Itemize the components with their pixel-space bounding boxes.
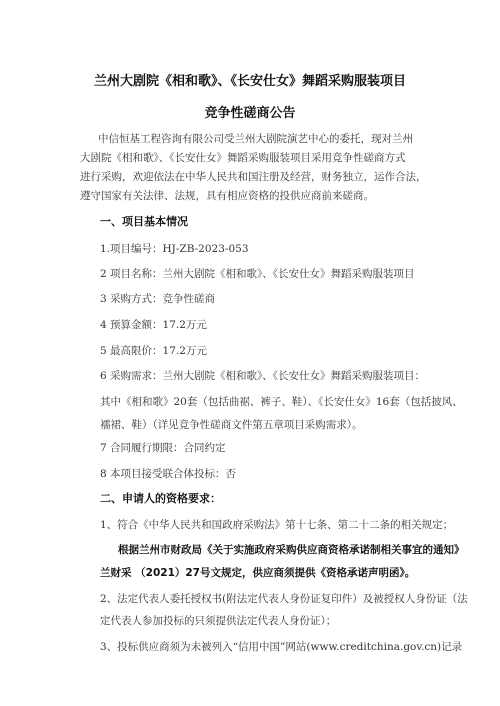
intro-paragraph-line: 进行采购，欢迎依法在中华人民共和国注册及经营，财务独立，运作合法， bbox=[80, 170, 427, 184]
demand-detail-line: 其中《相和歌》20套（包括曲裾、裤子、鞋）、《长安仕女》16套（包括披风、 bbox=[100, 395, 463, 409]
qualification-notice: 兰财采 （2021）27号文规定，供应商须提供《资格承诺声明函》。 bbox=[100, 566, 415, 580]
project-item: 5 最高限价：17.2万元 bbox=[100, 344, 207, 358]
section-heading-project-info: 一、项目基本情况 bbox=[100, 215, 188, 229]
qualification-item: 3、投标供应商须为未被列入“信用中国”网站(www.creditchina.go… bbox=[100, 640, 462, 654]
project-item: 1.项目编号：HJ-ZB-2023-053 bbox=[100, 242, 249, 256]
project-item: 6 采购需求：兰州大剧院《相和歌》、《长安仕女》舞蹈采购服装项目： bbox=[100, 369, 425, 383]
intro-paragraph-line: 遵守国家有关法律、法规，具有相应资格的投供应商前来磋商。 bbox=[80, 189, 374, 203]
project-item: 4 预算金额：17.2万元 bbox=[100, 318, 207, 332]
intro-paragraph-line: 大剧院《相和歌》、《长安仕女》舞蹈采购服装项目采用竞争性磋商方式 bbox=[80, 151, 406, 165]
demand-detail-line: 襦裙、鞋）（详见竞争性磋商文件第五章项目采购需求）。 bbox=[100, 418, 363, 432]
qualification-item: 2、法定代表人委托授权书(附法定代表人身份证复印件）及被授权人身份证（法 bbox=[100, 592, 468, 606]
project-item: 8 本项目接受联合体投标：否 bbox=[100, 467, 236, 481]
section-heading-qualifications: 二、申请人的资格要求： bbox=[100, 492, 221, 506]
project-item: 7 合同履行期限：合同约定 bbox=[100, 441, 226, 455]
qualification-item: 1、符合《中华人民共和国政府采购法》第十七条、第二十二条的相关规定； bbox=[100, 518, 453, 532]
document-page: 兰州大剧院《相和歌》、《长安仕女》舞蹈采购服装项目 竞争性磋商公告 中信恒基工程… bbox=[0, 0, 500, 706]
project-item: 2 项目名称：兰州大剧院《相和歌》、《长安仕女》舞蹈采购服装项目 bbox=[100, 267, 415, 281]
document-subtitle: 竞争性磋商公告 bbox=[0, 107, 500, 121]
project-item: 3 采购方式：竞争性磋商 bbox=[100, 292, 215, 306]
intro-paragraph-line: 中信恒基工程咨询有限公司受兰州大剧院演艺中心的委托，现对兰州 bbox=[98, 132, 413, 146]
qualification-notice: 根据兰州市财政局《关于实施政府采购供应商资格承诺制相关事宜的通知》 bbox=[118, 543, 465, 557]
qualification-item: 定代表人参加投标的只须提供法定代表人身份证）； bbox=[100, 614, 336, 628]
document-title: 兰州大剧院《相和歌》、《长安仕女》舞蹈采购服装项目 bbox=[0, 75, 500, 89]
